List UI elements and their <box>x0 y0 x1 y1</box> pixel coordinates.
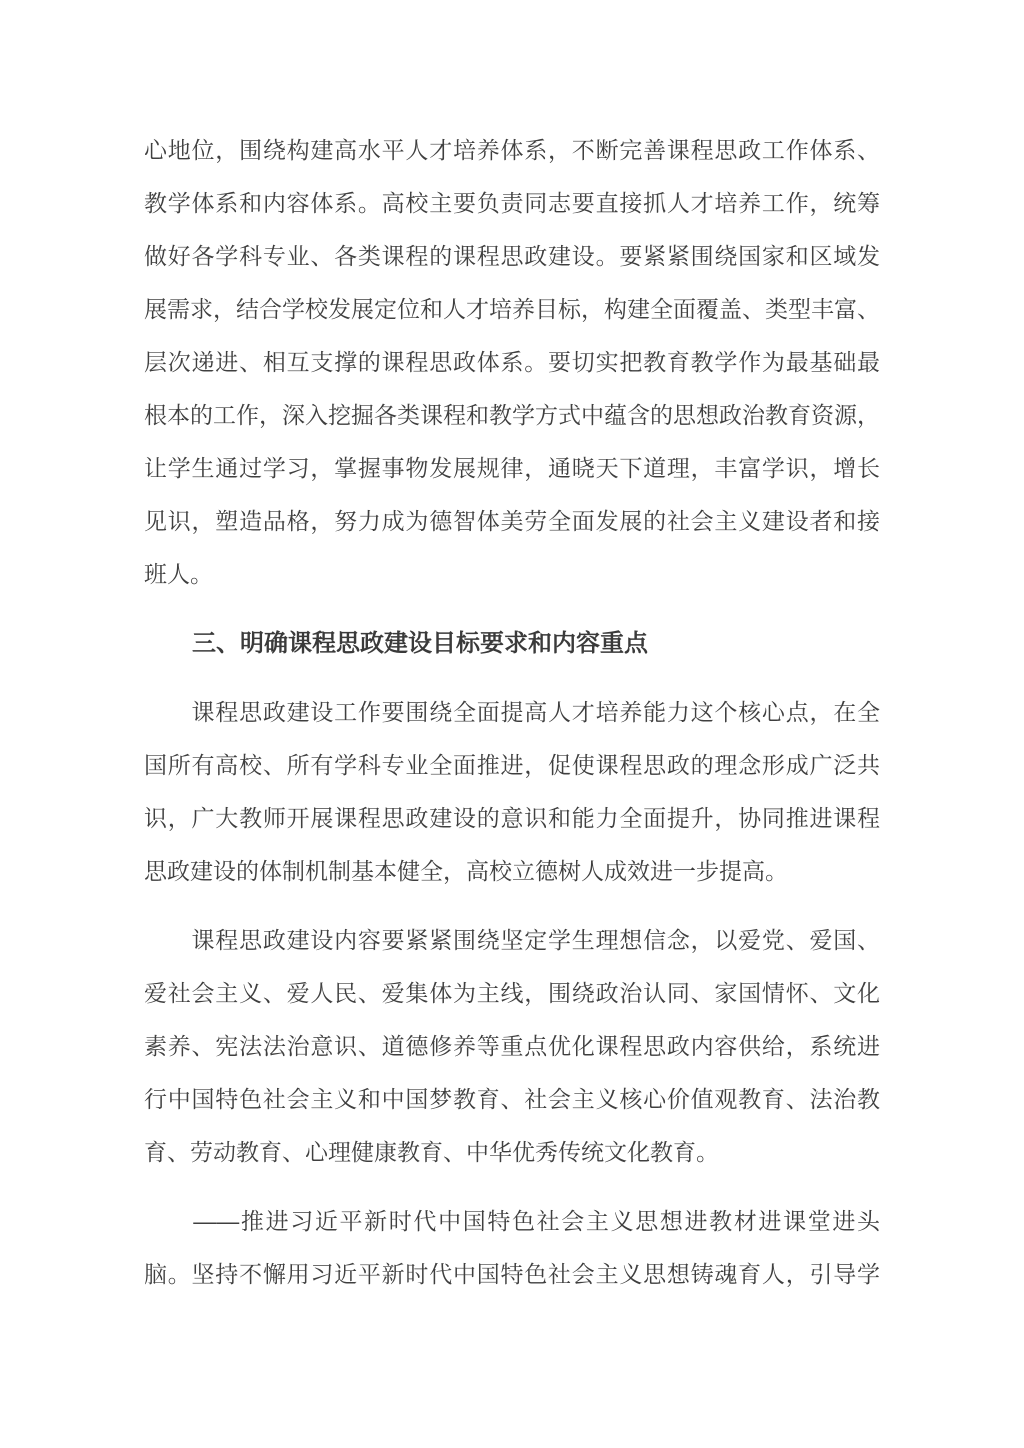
text-line: ——推进习近平新时代中国特色社会主义思想进教材进课堂进头 <box>144 1195 880 1248</box>
paragraph: 课程思政建设内容要紧紧围绕坚定学生理想信念，以爱党、爱国、爱社会主义、爱人民、爱… <box>144 914 880 1179</box>
text-line: 课程思政建设内容要紧紧围绕坚定学生理想信念，以爱党、爱国、 <box>144 914 880 967</box>
text-line: 育、劳动教育、心理健康教育、中华优秀传统文化教育。 <box>144 1126 880 1179</box>
text-line: 层次递进、相互支撑的课程思政体系。要切实把教育教学作为最基础最 <box>144 336 880 389</box>
text-line: 让学生通过学习，掌握事物发展规律，通晓天下道理，丰富学识，增长 <box>144 442 880 495</box>
text-line: 三、明确课程思政建设目标要求和内容重点 <box>144 617 880 670</box>
text-line: 班人。 <box>144 548 880 601</box>
text-line: 脑。坚持不懈用习近平新时代中国特色社会主义思想铸魂育人，引导学 <box>144 1248 880 1301</box>
text-line: 爱社会主义、爱人民、爱集体为主线，围绕政治认同、家国情怀、文化 <box>144 967 880 1020</box>
text-line: 国所有高校、所有学科专业全面推进，促使课程思政的理念形成广泛共 <box>144 739 880 792</box>
paragraph: 心地位，围绕构建高水平人才培养体系，不断完善课程思政工作体系、教学体系和内容体系… <box>144 124 880 601</box>
text-line: 课程思政建设工作要围绕全面提高人才培养能力这个核心点，在全 <box>144 686 880 739</box>
text-line: 心地位，围绕构建高水平人才培养体系，不断完善课程思政工作体系、 <box>144 124 880 177</box>
paragraph: 课程思政建设工作要围绕全面提高人才培养能力这个核心点，在全国所有高校、所有学科专… <box>144 686 880 898</box>
text-line: 素养、宪法法治意识、道德修养等重点优化课程思政内容供给，系统进 <box>144 1020 880 1073</box>
text-line: 根本的工作，深入挖掘各类课程和教学方式中蕴含的思想政治教育资源， <box>144 389 880 442</box>
text-line: 展需求，结合学校发展定位和人才培养目标，构建全面覆盖、类型丰富、 <box>144 283 880 336</box>
text-line: 做好各学科专业、各类课程的课程思政建设。要紧紧围绕国家和区域发 <box>144 230 880 283</box>
document-body: 心地位，围绕构建高水平人才培养体系，不断完善课程思政工作体系、教学体系和内容体系… <box>144 124 880 1301</box>
text-line: 行中国特色社会主义和中国梦教育、社会主义核心价值观教育、法治教 <box>144 1073 880 1126</box>
text-line: 教学体系和内容体系。高校主要负责同志要直接抓人才培养工作，统筹 <box>144 177 880 230</box>
section-heading: 三、明确课程思政建设目标要求和内容重点 <box>144 617 880 670</box>
text-line: 识，广大教师开展课程思政建设的意识和能力全面提升，协同推进课程 <box>144 792 880 845</box>
paragraph: ——推进习近平新时代中国特色社会主义思想进教材进课堂进头脑。坚持不懈用习近平新时… <box>144 1195 880 1301</box>
text-line: 见识，塑造品格，努力成为德智体美劳全面发展的社会主义建设者和接 <box>144 495 880 548</box>
text-line: 思政建设的体制机制基本健全，高校立德树人成效进一步提高。 <box>144 845 880 898</box>
document-page: 心地位，围绕构建高水平人才培养体系，不断完善课程思政工作体系、教学体系和内容体系… <box>0 0 1024 1448</box>
